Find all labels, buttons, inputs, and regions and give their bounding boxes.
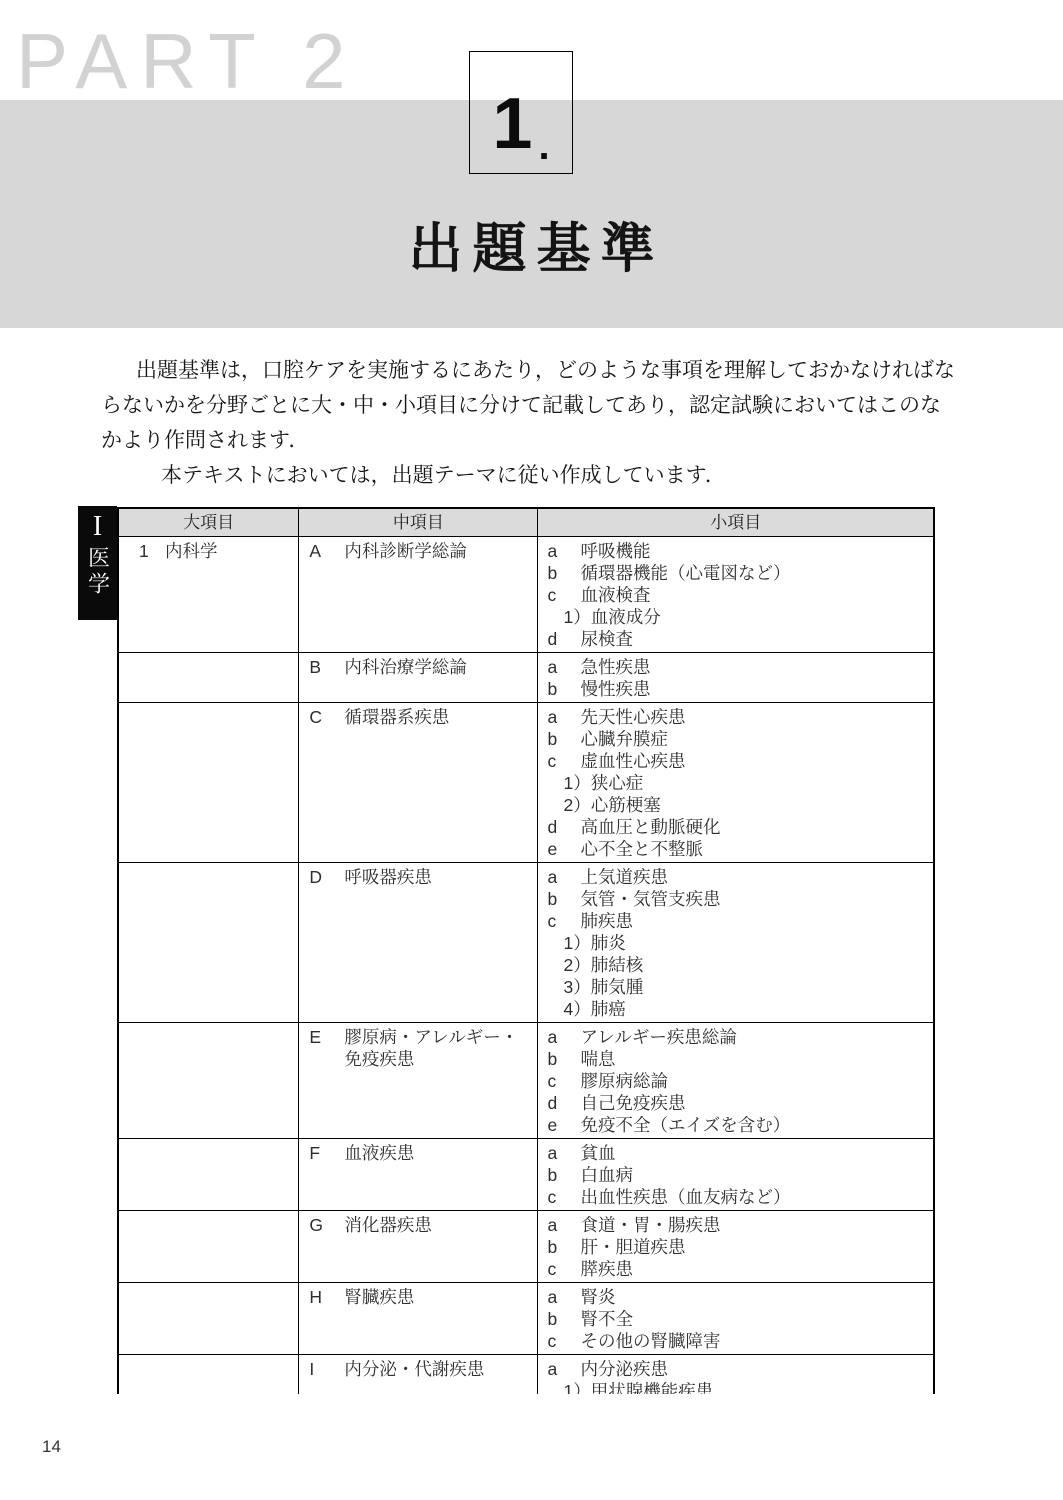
middle-item-letter: B bbox=[299, 656, 344, 678]
small-item-letter: c bbox=[538, 750, 580, 772]
small-item-line: a急性疾患 bbox=[538, 656, 933, 678]
middle-item-letter: F bbox=[299, 1142, 344, 1164]
middle-item-label: 循環器系疾患 bbox=[344, 706, 528, 728]
small-item-line: b心臓弁膜症 bbox=[538, 728, 933, 750]
small-item-line: 1）狭心症 bbox=[538, 772, 933, 794]
middle-item-cell: B内科治療学総論 bbox=[299, 653, 538, 702]
table-row: B内科治療学総論a急性疾患b慢性疾患 bbox=[119, 653, 933, 703]
middle-item-letter: I bbox=[299, 1358, 344, 1380]
small-item-text: 4）肺癌 bbox=[563, 998, 625, 1020]
section-number-period: . bbox=[538, 140, 549, 152]
small-item-text: 気管・気管支疾患 bbox=[580, 888, 720, 910]
small-item-cell: a腎炎b腎不全cその他の腎臓障害 bbox=[538, 1283, 933, 1354]
small-item-line: a先天性心疾患 bbox=[538, 706, 933, 728]
small-item-line: 1）血液成分 bbox=[538, 606, 933, 628]
small-item-line: a貧血 bbox=[538, 1142, 933, 1164]
small-item-letter: b bbox=[538, 1164, 580, 1186]
small-item-line: c出血性疾患（血友病など） bbox=[538, 1186, 933, 1208]
major-item-cell bbox=[119, 1283, 299, 1354]
small-item-line: cその他の腎臓障害 bbox=[538, 1330, 933, 1352]
middle-item-label: 消化器疾患 bbox=[344, 1214, 528, 1236]
small-item-line: aアレルギー疾患総論 bbox=[538, 1026, 933, 1048]
small-item-cell: a先天性心疾患b心臓弁膜症c虚血性心疾患1）狭心症2）心筋梗塞d高血圧と動脈硬化… bbox=[538, 703, 933, 862]
middle-item-cell: G消化器疾患 bbox=[299, 1211, 538, 1282]
section-number: 1 bbox=[492, 96, 532, 152]
small-item-text: 血液検査 bbox=[580, 584, 650, 606]
small-item-line: b慢性疾患 bbox=[538, 678, 933, 700]
small-item-cell: aアレルギー疾患総論b喘息c膠原病総論d自己免疫疾患e免疫不全（エイズを含む） bbox=[538, 1023, 933, 1138]
small-item-line: 3）肺気腫 bbox=[538, 976, 933, 998]
small-item-letter: b bbox=[538, 562, 580, 584]
section-number-box: 1 . bbox=[469, 51, 573, 174]
table-header-row: 大項目 中項目 小項目 bbox=[119, 509, 933, 537]
small-item-cell: a食道・胃・腸疾患b肝・胆道疾患c膵疾患 bbox=[538, 1211, 933, 1282]
small-item-line: b腎不全 bbox=[538, 1308, 933, 1330]
middle-item-cell: F血液疾患 bbox=[299, 1139, 538, 1210]
major-item-cell bbox=[119, 703, 299, 862]
small-item-letter: c bbox=[538, 1070, 580, 1092]
small-item-letter: c bbox=[538, 1330, 580, 1352]
middle-item-cell: I内分泌・代謝疾患 bbox=[299, 1355, 538, 1394]
small-item-letter: b bbox=[538, 728, 580, 750]
header-cell-middle: 中項目 bbox=[299, 509, 538, 536]
small-item-letter: b bbox=[538, 1236, 580, 1258]
small-item-line: e心不全と不整脈 bbox=[538, 838, 933, 860]
small-item-text: 食道・胃・腸疾患 bbox=[580, 1214, 720, 1236]
small-item-text: アレルギー疾患総論 bbox=[580, 1026, 736, 1048]
small-item-text: 貧血 bbox=[580, 1142, 615, 1164]
small-item-text: 内分泌疾患 bbox=[580, 1358, 668, 1380]
small-item-letter: d bbox=[538, 1092, 580, 1114]
small-item-letter: c bbox=[538, 1186, 580, 1208]
small-item-letter: a bbox=[538, 656, 580, 678]
small-item-letter: a bbox=[538, 1142, 580, 1164]
major-item-label: 内科学 bbox=[165, 541, 218, 561]
small-item-line: b喘息 bbox=[538, 1048, 933, 1070]
middle-item-letter: A bbox=[299, 540, 344, 562]
middle-item-cell: A内科診断学総論 bbox=[299, 537, 538, 652]
small-item-text: 慢性疾患 bbox=[580, 678, 650, 700]
middle-item-cell: C循環器系疾患 bbox=[299, 703, 538, 862]
major-item-cell bbox=[119, 1023, 299, 1138]
intro-line-3: かより作問されます． bbox=[101, 423, 961, 458]
small-item-line: c肺疾患 bbox=[538, 910, 933, 932]
small-item-line: a内分泌疾患 bbox=[538, 1358, 933, 1380]
small-item-text: 2）心筋梗塞 bbox=[563, 794, 660, 816]
small-item-line: c膠原病総論 bbox=[538, 1070, 933, 1092]
small-item-text: 上気道疾患 bbox=[580, 866, 668, 888]
small-item-text: その他の腎臓障害 bbox=[580, 1330, 720, 1352]
small-item-letter: e bbox=[538, 838, 580, 860]
small-item-text: 先天性心疾患 bbox=[580, 706, 685, 728]
middle-item-cell: H腎臓疾患 bbox=[299, 1283, 538, 1354]
small-item-letter: c bbox=[538, 910, 580, 932]
small-item-letter: a bbox=[538, 1358, 580, 1380]
small-item-text: 免疫不全（エイズを含む） bbox=[580, 1114, 790, 1136]
major-item-cell bbox=[119, 1355, 299, 1394]
small-item-line: 2）心筋梗塞 bbox=[538, 794, 933, 816]
middle-item-label: 内科診断学総論 bbox=[344, 540, 528, 562]
small-item-text: 急性疾患 bbox=[580, 656, 650, 678]
small-item-line: c虚血性心疾患 bbox=[538, 750, 933, 772]
major-item-cell bbox=[119, 1211, 299, 1282]
small-item-line: b白血病 bbox=[538, 1164, 933, 1186]
small-item-text: 2）肺結核 bbox=[563, 954, 643, 976]
small-item-text: 膠原病総論 bbox=[580, 1070, 668, 1092]
small-item-line: d自己免疫疾患 bbox=[538, 1092, 933, 1114]
small-item-letter: d bbox=[538, 816, 580, 838]
small-item-text: 膵疾患 bbox=[580, 1258, 633, 1280]
major-item-number: 1 bbox=[119, 540, 165, 562]
small-item-letter: a bbox=[538, 1286, 580, 1308]
small-item-cell: a急性疾患b慢性疾患 bbox=[538, 653, 933, 702]
small-item-text: 1）血液成分 bbox=[563, 606, 660, 628]
small-item-letter: b bbox=[538, 678, 580, 700]
middle-item-label: 呼吸器疾患 bbox=[344, 866, 528, 888]
small-item-text: 1）狭心症 bbox=[563, 772, 643, 794]
middle-item-letter: E bbox=[299, 1026, 344, 1048]
small-item-letter: c bbox=[538, 1258, 580, 1280]
small-item-letter: a bbox=[538, 1026, 580, 1048]
small-item-text: 白血病 bbox=[580, 1164, 633, 1186]
table-row: 1内科学A内科診断学総論a呼吸機能b循環器機能（心電図など）c血液検査1）血液成… bbox=[119, 537, 933, 653]
small-item-text: 尿検査 bbox=[580, 628, 633, 650]
small-item-letter: a bbox=[538, 540, 580, 562]
small-item-letter: a bbox=[538, 1214, 580, 1236]
small-item-cell: a貧血b白血病c出血性疾患（血友病など） bbox=[538, 1139, 933, 1210]
small-item-text: 心臓弁膜症 bbox=[580, 728, 668, 750]
part-heading: PART 2 bbox=[16, 22, 358, 100]
small-item-line: a腎炎 bbox=[538, 1286, 933, 1308]
middle-item-label: 血液疾患 bbox=[344, 1142, 528, 1164]
header-cell-small: 小項目 bbox=[538, 509, 933, 536]
page-title: 出題基準 bbox=[0, 206, 1063, 283]
small-item-text: 腎不全 bbox=[580, 1308, 633, 1330]
small-item-letter: c bbox=[538, 584, 580, 606]
major-item-cell bbox=[119, 1139, 299, 1210]
table-row: I内分泌・代謝疾患a内分泌疾患1）甲状腺機能疾患 bbox=[119, 1355, 933, 1394]
small-item-line: b肝・胆道疾患 bbox=[538, 1236, 933, 1258]
small-item-text: 高血圧と動脈硬化 bbox=[580, 816, 720, 838]
intro-line-1: 出題基準は，口腔ケアを実施するにあたり，どのような事項を理解しておかなければな bbox=[101, 353, 961, 388]
major-item-cell: 1内科学 bbox=[119, 537, 299, 652]
sidebar-tab-medicine: I 医学 bbox=[78, 506, 117, 620]
small-item-line: c膵疾患 bbox=[538, 1258, 933, 1280]
major-item-cell bbox=[119, 863, 299, 1022]
small-item-letter: b bbox=[538, 1308, 580, 1330]
middle-item-label: 腎臓疾患 bbox=[344, 1286, 528, 1308]
small-item-line: b循環器機能（心電図など） bbox=[538, 562, 933, 584]
small-item-cell: a上気道疾患b気管・気管支疾患c肺疾患1）肺炎2）肺結核3）肺気腫4）肺癌 bbox=[538, 863, 933, 1022]
small-item-text: 喘息 bbox=[580, 1048, 615, 1070]
middle-item-letter: H bbox=[299, 1286, 344, 1308]
small-item-text: 自己免疫疾患 bbox=[580, 1092, 685, 1114]
small-item-line: b気管・気管支疾患 bbox=[538, 888, 933, 910]
small-item-line: a食道・胃・腸疾患 bbox=[538, 1214, 933, 1236]
small-item-text: 3）肺気腫 bbox=[563, 976, 643, 998]
sidebar-tab-label: 医学 bbox=[87, 546, 109, 598]
small-item-cell: a呼吸機能b循環器機能（心電図など）c血液検査1）血液成分d尿検査 bbox=[538, 537, 933, 652]
middle-item-label: 内科治療学総論 bbox=[344, 656, 528, 678]
intro-line-4: 本テキストにおいては，出題テーマに従い作成しています． bbox=[101, 458, 961, 493]
small-item-line: e免疫不全（エイズを含む） bbox=[538, 1114, 933, 1136]
table-row: C循環器系疾患a先天性心疾患b心臓弁膜症c虚血性心疾患1）狭心症2）心筋梗塞d高… bbox=[119, 703, 933, 863]
small-item-text: 肺疾患 bbox=[580, 910, 633, 932]
middle-item-letter: G bbox=[299, 1214, 344, 1236]
small-item-letter: a bbox=[538, 866, 580, 888]
small-item-letter: b bbox=[538, 1048, 580, 1070]
small-item-letter: a bbox=[538, 706, 580, 728]
small-item-line: a呼吸機能 bbox=[538, 540, 933, 562]
major-item-cell bbox=[119, 653, 299, 702]
small-item-text: 虚血性心疾患 bbox=[580, 750, 685, 772]
middle-item-label: 内分泌・代謝疾患 bbox=[344, 1358, 528, 1380]
small-item-cell: a内分泌疾患1）甲状腺機能疾患 bbox=[538, 1355, 933, 1394]
small-item-line: c血液検査 bbox=[538, 584, 933, 606]
small-item-line: 2）肺結核 bbox=[538, 954, 933, 976]
table-body: 1内科学A内科診断学総論a呼吸機能b循環器機能（心電図など）c血液検査1）血液成… bbox=[119, 537, 933, 1394]
table-row: D呼吸器疾患a上気道疾患b気管・気管支疾患c肺疾患1）肺炎2）肺結核3）肺気腫4… bbox=[119, 863, 933, 1023]
small-item-text: 出血性疾患（血友病など） bbox=[580, 1186, 790, 1208]
small-item-text: 循環器機能（心電図など） bbox=[580, 562, 790, 584]
criteria-table: 大項目 中項目 小項目 1内科学A内科診断学総論a呼吸機能b循環器機能（心電図な… bbox=[117, 507, 935, 1394]
small-item-letter: e bbox=[538, 1114, 580, 1136]
intro-paragraph: 出題基準は，口腔ケアを実施するにあたり，どのような事項を理解しておかなければな … bbox=[101, 353, 961, 493]
small-item-line: 1）甲状腺機能疾患 bbox=[538, 1380, 933, 1394]
small-item-line: d高血圧と動脈硬化 bbox=[538, 816, 933, 838]
table-row: G消化器疾患a食道・胃・腸疾患b肝・胆道疾患c膵疾患 bbox=[119, 1211, 933, 1283]
table-row: H腎臓疾患a腎炎b腎不全cその他の腎臓障害 bbox=[119, 1283, 933, 1355]
small-item-letter: d bbox=[538, 628, 580, 650]
middle-item-letter: D bbox=[299, 866, 344, 888]
sidebar-tab-numeral: I bbox=[93, 511, 102, 543]
small-item-line: 4）肺癌 bbox=[538, 998, 933, 1020]
small-item-text: 呼吸機能 bbox=[580, 540, 650, 562]
middle-item-cell: D呼吸器疾患 bbox=[299, 863, 538, 1022]
page-container: PART 2 1 . 出題基準 出題基準は，口腔ケアを実施するにあたり，どのよう… bbox=[0, 0, 1063, 1500]
small-item-text: 1）甲状腺機能疾患 bbox=[563, 1380, 713, 1394]
small-item-text: 心不全と不整脈 bbox=[580, 838, 703, 860]
small-item-line: 1）肺炎 bbox=[538, 932, 933, 954]
middle-item-label: 膠原病・アレルギー・免疫疾患 bbox=[344, 1026, 528, 1070]
table-row: F血液疾患a貧血b白血病c出血性疾患（血友病など） bbox=[119, 1139, 933, 1211]
small-item-text: 1）肺炎 bbox=[563, 932, 625, 954]
small-item-text: 腎炎 bbox=[580, 1286, 615, 1308]
middle-item-cell: E膠原病・アレルギー・免疫疾患 bbox=[299, 1023, 538, 1138]
small-item-letter: b bbox=[538, 888, 580, 910]
intro-line-2: らないかを分野ごとに大・中・小項目に分けて記載してあり，認定試験においてはこのな bbox=[101, 388, 961, 423]
table-row: E膠原病・アレルギー・免疫疾患aアレルギー疾患総論b喘息c膠原病総論d自己免疫疾… bbox=[119, 1023, 933, 1139]
middle-item-letter: C bbox=[299, 706, 344, 728]
small-item-text: 肝・胆道疾患 bbox=[580, 1236, 685, 1258]
small-item-line: a上気道疾患 bbox=[538, 866, 933, 888]
header-cell-major: 大項目 bbox=[119, 509, 299, 536]
page-number: 14 bbox=[42, 1437, 61, 1457]
small-item-line: d尿検査 bbox=[538, 628, 933, 650]
